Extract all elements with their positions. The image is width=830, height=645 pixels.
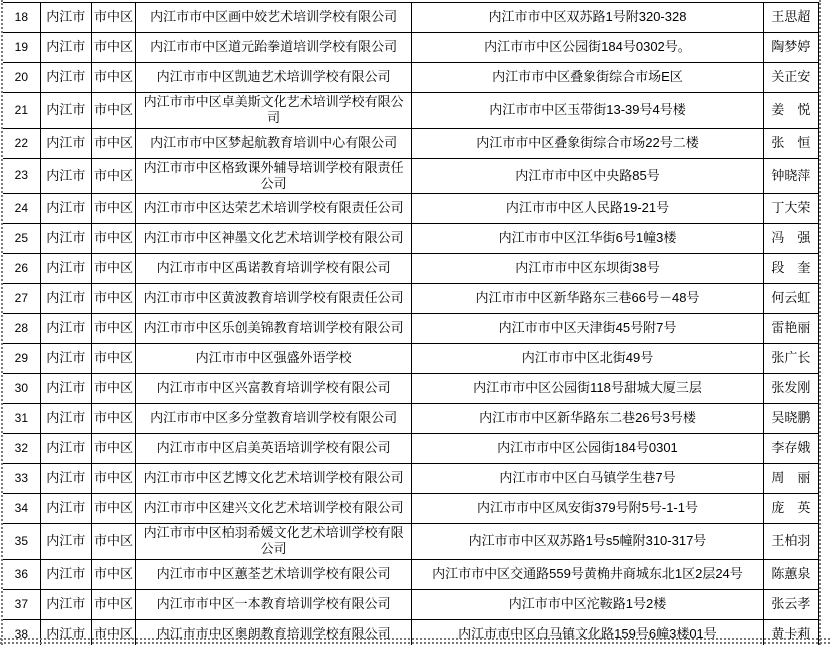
school-name-cell: 内江市市中区蕙荃艺术培训学校有限公司 [136, 559, 412, 589]
table-row: 33 内江市 市中区 内江市市中区艺博文化艺术培训学校有限公司 内江市市中区白马… [3, 464, 819, 494]
district-cell: 市中区 [91, 254, 135, 284]
school-name-cell: 内江市市中区兴富教育培训学校有限公司 [136, 374, 412, 404]
school-name-cell: 内江市市中区画中姣艺术培训学校有限公司 [136, 3, 412, 33]
address-cell: 内江市市中区凤安街379号附5号-1-1号 [412, 494, 764, 524]
district-cell: 市中区 [91, 33, 135, 63]
row-number-cell: 36 [3, 559, 40, 589]
address-cell: 内江市市中区公园街184号0301 [412, 434, 764, 464]
table-row: 25 内江市 市中区 内江市市中区神墨文化艺术培训学校有限公司 内江市市中区江华… [3, 224, 819, 254]
district-cell: 市中区 [91, 224, 135, 254]
district-cell: 市中区 [91, 284, 135, 314]
contact-name-cell: 陈蕙泉 [763, 559, 818, 589]
address-cell: 内江市市中区叠象街综合市场E区 [412, 63, 764, 93]
contact-name-cell: 段 奎 [763, 254, 818, 284]
address-cell: 内江市市中区双苏路1号附320-328 [412, 3, 764, 33]
row-number-cell: 34 [3, 494, 40, 524]
table-row: 26 内江市 市中区 内江市市中区禹诺教育培训学校有限公司 内江市市中区东坝街3… [3, 254, 819, 284]
page-break-line-right [819, 0, 821, 645]
row-number-cell: 32 [3, 434, 40, 464]
page-break-line-left [1, 0, 3, 645]
address-cell: 内江市市中区公园街184号0302号。 [412, 33, 764, 63]
contact-name-cell: 钟晓萍 [763, 158, 818, 194]
school-name-cell: 内江市市中区启美英语培训学校有限公司 [136, 434, 412, 464]
table-row: 21 内江市 市中区 内江市市中区卓美斯文化艺术培训学校有限公司 内江市市中区玉… [3, 93, 819, 129]
district-cell: 市中区 [91, 194, 135, 224]
row-number-cell: 23 [3, 158, 40, 194]
city-cell: 内江市 [40, 344, 91, 374]
contact-name-cell: 吴晓鹏 [763, 404, 818, 434]
contact-name-cell: 冯 强 [763, 224, 818, 254]
district-cell: 市中区 [91, 374, 135, 404]
contact-name-cell: 张广长 [763, 344, 818, 374]
school-name-cell: 内江市市中区禹诺教育培训学校有限公司 [136, 254, 412, 284]
address-cell: 内江市市中区白马镇学生巷7号 [412, 464, 764, 494]
city-cell: 内江市 [40, 404, 91, 434]
address-cell: 内江市市中区新华路东三巷66号－48号 [412, 284, 764, 314]
city-cell: 内江市 [40, 589, 91, 619]
city-cell: 内江市 [40, 524, 91, 560]
district-cell: 市中区 [91, 559, 135, 589]
page-break-line-bottom-1 [0, 638, 830, 640]
table-row: 37 内江市 市中区 内江市市中区一本教育培训学校有限公司 内江市市中区沱鞍路1… [3, 589, 819, 619]
contact-name-cell: 张云孝 [763, 589, 818, 619]
contact-name-cell: 张 恒 [763, 128, 818, 158]
table-row: 36 内江市 市中区 内江市市中区蕙荃艺术培训学校有限公司 内江市市中区交通路5… [3, 559, 819, 589]
city-cell: 内江市 [40, 559, 91, 589]
row-number-cell: 21 [3, 93, 40, 129]
district-cell: 市中区 [91, 404, 135, 434]
city-cell: 内江市 [40, 3, 91, 33]
address-cell: 内江市市中区玉带街13-39号4号楼 [412, 93, 764, 129]
table-row: 28 内江市 市中区 内江市市中区乐创美锦教育培训学校有限公司 内江市市中区天津… [3, 314, 819, 344]
district-cell: 市中区 [91, 314, 135, 344]
school-name-cell: 内江市市中区艺博文化艺术培训学校有限公司 [136, 464, 412, 494]
table-row: 23 内江市 市中区 内江市市中区格致课外辅导培训学校有限责任公司 内江市市中区… [3, 158, 819, 194]
city-cell: 内江市 [40, 194, 91, 224]
school-name-cell: 内江市市中区达荣艺术培训学校有限责任公司 [136, 194, 412, 224]
table-row: 18 内江市 市中区 内江市市中区画中姣艺术培训学校有限公司 内江市市中区双苏路… [3, 3, 819, 33]
table-row: 32 内江市 市中区 内江市市中区启美英语培训学校有限公司 内江市市中区公园街1… [3, 434, 819, 464]
row-number-cell: 27 [3, 284, 40, 314]
school-name-cell: 内江市市中区建兴文化艺术培训学校有限公司 [136, 494, 412, 524]
city-cell: 内江市 [40, 314, 91, 344]
city-cell: 内江市 [40, 63, 91, 93]
school-name-cell: 内江市市中区乐创美锦教育培训学校有限公司 [136, 314, 412, 344]
address-cell: 内江市市中区新华路东二巷26号3号楼 [412, 404, 764, 434]
contact-name-cell: 王柏羽 [763, 524, 818, 560]
school-name-cell: 内江市市中区凯迪艺术培训学校有限公司 [136, 63, 412, 93]
row-number-cell: 24 [3, 194, 40, 224]
row-number-cell: 35 [3, 524, 40, 560]
address-cell: 内江市市中区中央路85号 [412, 158, 764, 194]
table-row: 19 内江市 市中区 内江市市中区道元跆拳道培训学校有限公司 内江市市中区公园街… [3, 33, 819, 63]
contact-name-cell: 周 丽 [763, 464, 818, 494]
city-cell: 内江市 [40, 128, 91, 158]
city-cell: 内江市 [40, 158, 91, 194]
table-row: 29 内江市 市中区 内江市市中区强盛外语学校 内江市市中区北街49号 张广长 [3, 344, 819, 374]
row-number-cell: 33 [3, 464, 40, 494]
district-cell: 市中区 [91, 434, 135, 464]
district-cell: 市中区 [91, 63, 135, 93]
document-page: 18 内江市 市中区 内江市市中区画中姣艺术培训学校有限公司 内江市市中区双苏路… [0, 0, 830, 645]
page-break-line-bottom-2 [0, 642, 830, 644]
contact-name-cell: 姜 悦 [763, 93, 818, 129]
address-cell: 内江市市中区叠象街综合市场22号二楼 [412, 128, 764, 158]
row-number-cell: 29 [3, 344, 40, 374]
address-cell: 内江市市中区江华街6号1幢3楼 [412, 224, 764, 254]
city-cell: 内江市 [40, 494, 91, 524]
school-name-cell: 内江市市中区卓美斯文化艺术培训学校有限公司 [136, 93, 412, 129]
district-cell: 市中区 [91, 589, 135, 619]
contact-name-cell: 陶梦婷 [763, 33, 818, 63]
contact-name-cell: 丁大荣 [763, 194, 818, 224]
row-number-cell: 26 [3, 254, 40, 284]
district-cell: 市中区 [91, 93, 135, 129]
district-cell: 市中区 [91, 494, 135, 524]
address-cell: 内江市市中区沱鞍路1号2楼 [412, 589, 764, 619]
district-cell: 市中区 [91, 158, 135, 194]
table-row: 22 内江市 市中区 内江市市中区梦起航教育培训中心有限公司 内江市市中区叠象街… [3, 128, 819, 158]
row-number-cell: 31 [3, 404, 40, 434]
table-row: 34 内江市 市中区 内江市市中区建兴文化艺术培训学校有限公司 内江市市中区凤安… [3, 494, 819, 524]
table-row: 35 内江市 市中区 内江市市中区柏羽希媛文化艺术培训学校有限公司 内江市市中区… [3, 524, 819, 560]
district-cell: 市中区 [91, 524, 135, 560]
contact-name-cell: 雷艳丽 [763, 314, 818, 344]
address-cell: 内江市市中区双苏路1号s5幢附310-317号 [412, 524, 764, 560]
row-number-cell: 28 [3, 314, 40, 344]
row-number-cell: 18 [3, 3, 40, 33]
row-number-cell: 30 [3, 374, 40, 404]
district-cell: 市中区 [91, 128, 135, 158]
school-name-cell: 内江市市中区道元跆拳道培训学校有限公司 [136, 33, 412, 63]
city-cell: 内江市 [40, 254, 91, 284]
school-name-cell: 内江市市中区一本教育培训学校有限公司 [136, 589, 412, 619]
city-cell: 内江市 [40, 434, 91, 464]
contact-name-cell: 李存娥 [763, 434, 818, 464]
row-number-cell: 25 [3, 224, 40, 254]
school-name-cell: 内江市市中区梦起航教育培训中心有限公司 [136, 128, 412, 158]
city-cell: 内江市 [40, 464, 91, 494]
row-number-cell: 37 [3, 589, 40, 619]
school-name-cell: 内江市市中区柏羽希媛文化艺术培训学校有限公司 [136, 524, 412, 560]
table-row: 31 内江市 市中区 内江市市中区多分堂教育培训学校有限公司 内江市市中区新华路… [3, 404, 819, 434]
training-schools-table: 18 内江市 市中区 内江市市中区画中姣艺术培训学校有限公司 内江市市中区双苏路… [3, 2, 819, 645]
city-cell: 内江市 [40, 224, 91, 254]
city-cell: 内江市 [40, 374, 91, 404]
address-cell: 内江市市中区人民路19-21号 [412, 194, 764, 224]
city-cell: 内江市 [40, 93, 91, 129]
table-row: 30 内江市 市中区 内江市市中区兴富教育培训学校有限公司 内江市市中区公园街1… [3, 374, 819, 404]
school-name-cell: 内江市市中区黄波教育培训学校有限责任公司 [136, 284, 412, 314]
school-name-cell: 内江市市中区神墨文化艺术培训学校有限公司 [136, 224, 412, 254]
row-number-cell: 20 [3, 63, 40, 93]
district-cell: 市中区 [91, 464, 135, 494]
contact-name-cell: 庞 英 [763, 494, 818, 524]
address-cell: 内江市市中区天津街45号附7号 [412, 314, 764, 344]
row-number-cell: 19 [3, 33, 40, 63]
contact-name-cell: 王思超 [763, 3, 818, 33]
address-cell: 内江市市中区东坝街38号 [412, 254, 764, 284]
city-cell: 内江市 [40, 33, 91, 63]
table-row: 20 内江市 市中区 内江市市中区凯迪艺术培训学校有限公司 内江市市中区叠象街综… [3, 63, 819, 93]
row-number-cell: 22 [3, 128, 40, 158]
school-name-cell: 内江市市中区强盛外语学校 [136, 344, 412, 374]
table-row: 24 内江市 市中区 内江市市中区达荣艺术培训学校有限责任公司 内江市市中区人民… [3, 194, 819, 224]
school-name-cell: 内江市市中区格致课外辅导培训学校有限责任公司 [136, 158, 412, 194]
district-cell: 市中区 [91, 3, 135, 33]
contact-name-cell: 关正安 [763, 63, 818, 93]
address-cell: 内江市市中区北街49号 [412, 344, 764, 374]
contact-name-cell: 何云虹 [763, 284, 818, 314]
address-cell: 内江市市中区交通路559号黄桷井商城东北1区2层24号 [412, 559, 764, 589]
address-cell: 内江市市中区公园街118号甜城大厦三层 [412, 374, 764, 404]
contact-name-cell: 张发刚 [763, 374, 818, 404]
school-name-cell: 内江市市中区多分堂教育培训学校有限公司 [136, 404, 412, 434]
table-row: 27 内江市 市中区 内江市市中区黄波教育培训学校有限责任公司 内江市市中区新华… [3, 284, 819, 314]
city-cell: 内江市 [40, 284, 91, 314]
district-cell: 市中区 [91, 344, 135, 374]
